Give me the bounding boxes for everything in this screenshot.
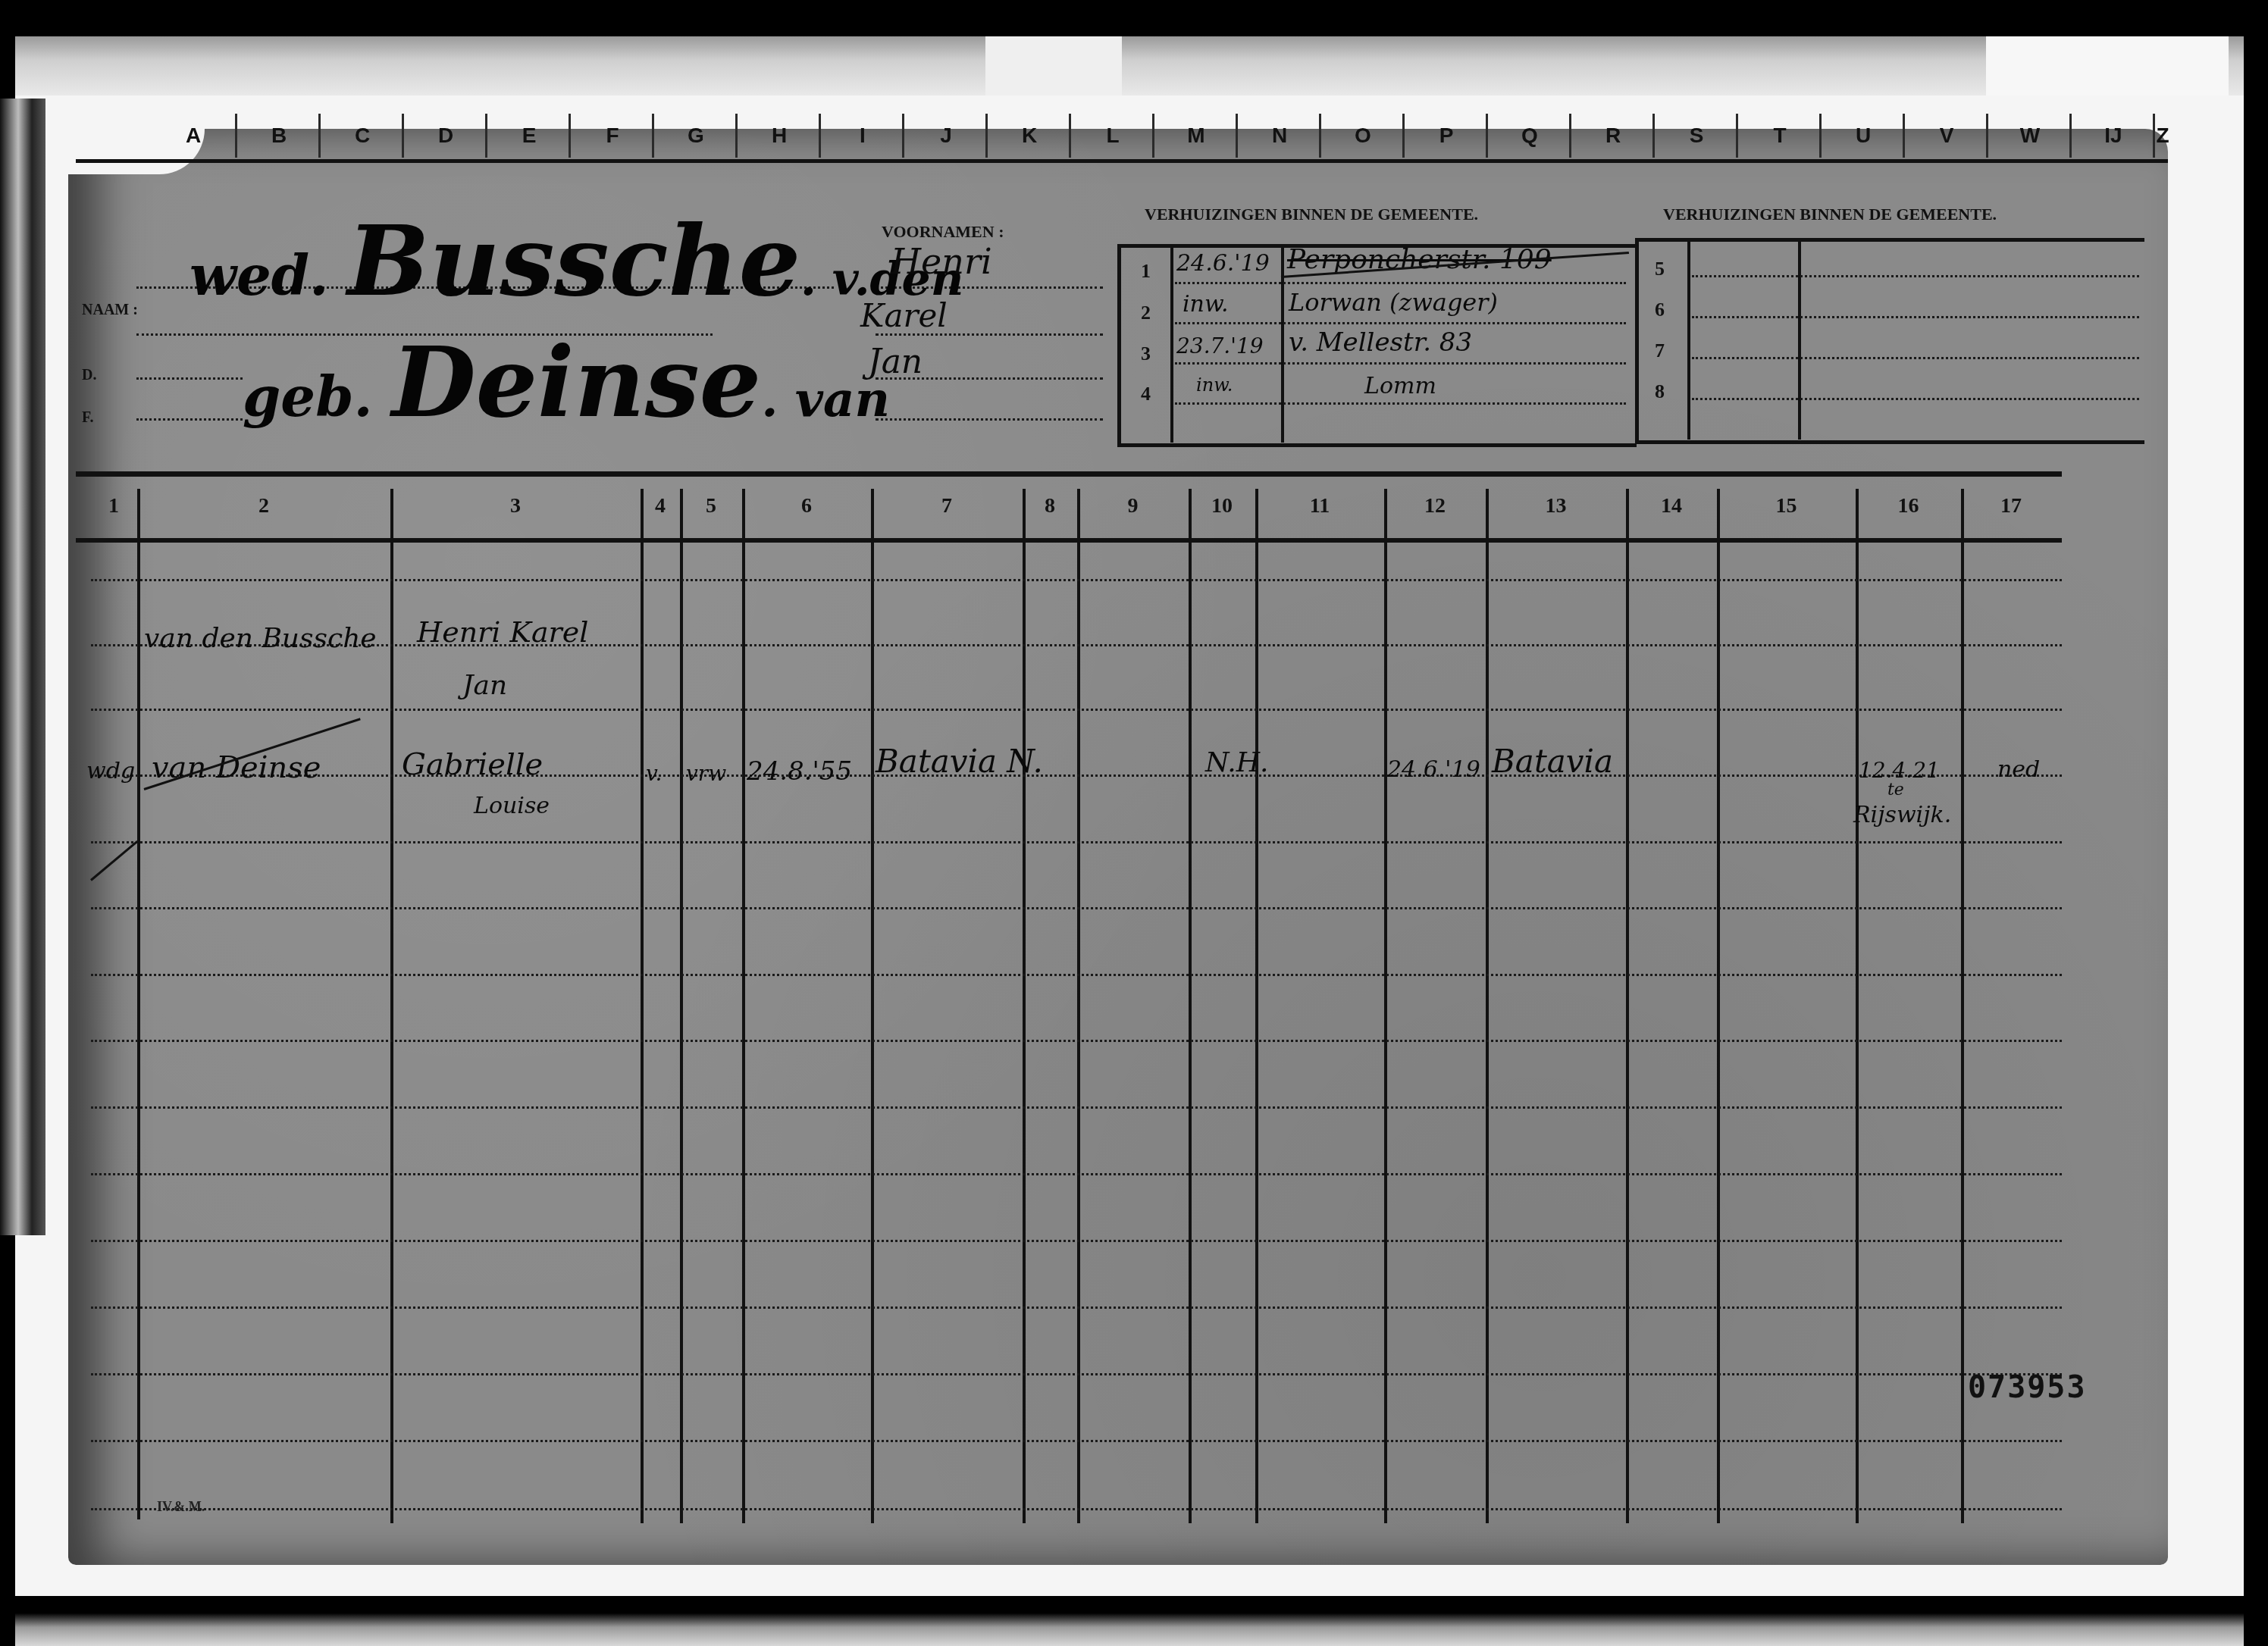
column-number: 14 xyxy=(1626,494,1717,518)
register-row-line xyxy=(91,974,2062,976)
alphabet-tab: Q xyxy=(1486,114,1571,158)
widow-prefix: wed. xyxy=(190,243,328,308)
moves-row-line xyxy=(1692,398,2139,400)
moves-row-number: 8 xyxy=(1655,380,1665,403)
alphabet-tab: G xyxy=(652,114,738,158)
entry-birth-place: Batavia N. xyxy=(876,743,1043,780)
moves-row-line xyxy=(1175,322,1626,324)
column-number: 5 xyxy=(680,494,742,518)
alphabet-tab: T xyxy=(1736,114,1822,158)
entry-surname: van den Bussche xyxy=(144,623,377,654)
column-number: 8 xyxy=(1023,494,1077,518)
moves-right-title: VERHUIZINGEN BINNEN DE GEMEENTE. xyxy=(1663,205,1997,224)
alphabet-tab: H xyxy=(735,114,821,158)
moves-row-number: 3 xyxy=(1141,343,1151,365)
moves-row-line xyxy=(1175,402,1626,405)
born-prefix: geb. xyxy=(243,365,373,429)
column-number: 12 xyxy=(1384,494,1486,518)
entry-birth-date: 24.8.'55 xyxy=(747,756,852,787)
entry-col4: v. xyxy=(646,761,662,786)
entry-origin: Batavia xyxy=(1492,743,1613,780)
surname-line-1: wed. Bussche. v.den xyxy=(190,205,963,318)
register-row-line xyxy=(91,774,2062,777)
column-number: 2 xyxy=(137,494,390,518)
entry-arrival-date: 24.6.'19 xyxy=(1387,756,1480,783)
moves-left-col-divider-2 xyxy=(1281,244,1284,443)
given-name-3: Jan xyxy=(868,343,923,381)
alphabet-tab: P xyxy=(1402,114,1488,158)
column-number: 11 xyxy=(1255,494,1384,518)
entry-departure-place: Rijswijk. xyxy=(1853,802,1951,828)
moves-row-number: 2 xyxy=(1141,302,1151,324)
entry-given-names-cont: Jan xyxy=(462,670,507,701)
register-row-line xyxy=(91,709,2062,711)
alphabet-tab: L xyxy=(1069,114,1154,158)
f-label: F. xyxy=(82,409,93,427)
register-row-line xyxy=(91,907,2062,909)
given-name-line-4 xyxy=(876,418,1103,421)
background-card-bottom xyxy=(15,1599,2244,1646)
move-address: Lorwan (zwager) xyxy=(1289,288,1498,317)
moves-right-col-divider-1 xyxy=(1687,238,1690,440)
alphabet-tab: D xyxy=(402,114,487,158)
entry-departure-date: 12.4.21 xyxy=(1859,758,1940,783)
register-row-line xyxy=(91,1508,2062,1510)
surname: Bussche xyxy=(347,205,800,318)
moves-row-number: 1 xyxy=(1141,260,1151,283)
f-line xyxy=(136,418,243,421)
column-number: 10 xyxy=(1189,494,1255,518)
entry-given-names: Gabrielle xyxy=(402,747,543,782)
alphabet-tab: R xyxy=(1569,114,1655,158)
alphabet-tab: IJ xyxy=(2069,114,2155,158)
background-card-edge xyxy=(1986,36,2229,95)
form-code: IV.&.M. xyxy=(157,1499,205,1515)
column-number: 16 xyxy=(1856,494,1961,518)
d-label: D. xyxy=(82,367,96,384)
scan-right-edge xyxy=(2244,0,2268,1646)
register-row-line xyxy=(91,579,2062,581)
alphabet-tab: M xyxy=(1152,114,1238,158)
entry-departure-prep: te xyxy=(1887,781,1904,800)
move-address: Lomm xyxy=(1364,373,1436,399)
moves-right-table xyxy=(1635,238,2144,444)
move-date: 23.7.'19 xyxy=(1176,333,1264,358)
moves-row-number: 6 xyxy=(1655,299,1665,321)
alphabet-tab: B xyxy=(235,114,321,158)
maiden-surname: Deinse xyxy=(392,326,762,440)
entry-relation: wdg xyxy=(86,758,135,784)
register-row-line xyxy=(91,1106,2062,1109)
register-top-rule xyxy=(76,471,2062,477)
moves-left-title: VERHUIZINGEN BINNEN DE GEMEENTE. xyxy=(1145,205,1478,224)
entry-given-names: Henri Karel xyxy=(417,615,588,649)
column-number: 3 xyxy=(390,494,641,518)
register-row-line xyxy=(91,1240,2062,1242)
entry-religion: N.H. xyxy=(1205,747,1268,778)
voornamen-label: VOORNAMEN : xyxy=(882,222,1004,242)
move-date: inw. xyxy=(1183,291,1229,318)
moves-row-line xyxy=(1692,275,2139,277)
move-date: 24.6.'19 xyxy=(1176,250,1270,277)
entry-given-names-cont: Louise xyxy=(474,793,550,819)
moves-row-line xyxy=(1175,362,1626,365)
register-header-rule xyxy=(76,538,2062,543)
move-address: v. Mellestr. 83 xyxy=(1289,327,1472,358)
background-card-notch xyxy=(985,36,1122,95)
moves-row-line xyxy=(1692,316,2139,318)
column-number: 15 xyxy=(1717,494,1856,518)
serial-number: 073953 xyxy=(1968,1370,2087,1405)
column-number: 4 xyxy=(641,494,680,518)
register-row-line xyxy=(91,841,2062,843)
move-date: inw. xyxy=(1196,374,1233,396)
alphabet-tab: I xyxy=(819,114,904,158)
alphabet-tab: V xyxy=(1903,114,1988,158)
column-number: 1 xyxy=(91,494,136,518)
d-line xyxy=(136,377,243,380)
surname-line-2: geb. Deinse. van xyxy=(243,326,890,440)
scan-left-edge xyxy=(0,99,45,1235)
alphabet-tab: W xyxy=(1986,114,2072,158)
register-row-line xyxy=(91,1440,2062,1442)
tab-row-rule xyxy=(76,159,2168,163)
alphabet-tab: O xyxy=(1319,114,1405,158)
register-row-line xyxy=(91,1040,2062,1042)
moves-left-col-divider-1 xyxy=(1170,244,1173,443)
alphabet-tab: C xyxy=(318,114,404,158)
moves-right-col-divider-2 xyxy=(1798,238,1801,440)
register-row-line xyxy=(91,1306,2062,1309)
given-name-1: Henri xyxy=(891,241,992,282)
moves-row-number: 4 xyxy=(1141,383,1151,405)
alphabet-tab: J xyxy=(902,114,988,158)
alphabet-tab: N xyxy=(1236,114,1321,158)
column-number: 9 xyxy=(1077,494,1189,518)
register-row-line xyxy=(91,644,2062,646)
alphabet-tab: E xyxy=(485,114,571,158)
naam-label: NAAM : xyxy=(82,302,138,319)
alphabet-tab: F xyxy=(569,114,654,158)
moves-row-line xyxy=(1175,282,1626,284)
alphabet-tab: A xyxy=(152,114,235,158)
alphabet-tab: Z xyxy=(2153,114,2170,158)
alphabet-tab: K xyxy=(985,114,1071,158)
register-row-line xyxy=(91,1173,2062,1175)
given-name-2: Karel xyxy=(860,297,948,334)
entry-sex: vrw xyxy=(686,761,726,786)
entry-nationality: ned xyxy=(1997,756,2040,783)
register-row-line xyxy=(91,1373,2062,1375)
background-card-strip xyxy=(15,36,2244,95)
entry-surname: van Deinse xyxy=(152,750,321,785)
column-number: 6 xyxy=(742,494,871,518)
alphabet-tab: S xyxy=(1652,114,1738,158)
alphabet-tab: U xyxy=(1819,114,1905,158)
alphabet-tab-row: A B C D E F G H I J K L M N O P Q R S T … xyxy=(152,114,2168,158)
moves-row-line xyxy=(1692,357,2139,359)
moves-row-number: 5 xyxy=(1655,258,1665,280)
column-number: 7 xyxy=(871,494,1023,518)
column-number: 17 xyxy=(1961,494,2061,518)
column-number: 13 xyxy=(1486,494,1626,518)
register-col-divider xyxy=(137,489,140,1519)
moves-row-number: 7 xyxy=(1655,340,1665,362)
